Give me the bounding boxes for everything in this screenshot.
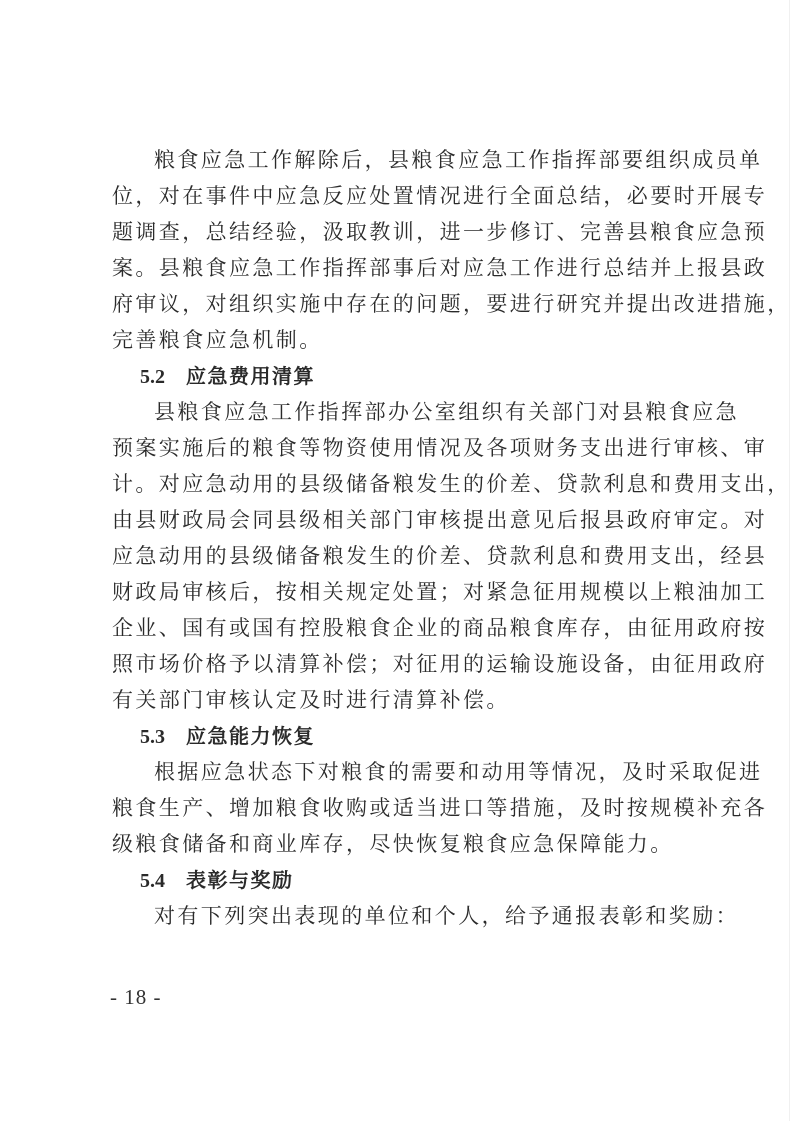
section-number: 5.2: [140, 359, 186, 395]
text-line: 应急动用的县级储备粮发生的价差、贷款利息和费用支出，经县: [112, 538, 698, 574]
document-page: 粮食应急工作解除后，县粮食应急工作指挥部要组织成员单 位，对在事件中应急反应处置…: [0, 0, 793, 1121]
text-line: 府审议，对组织实施中存在的问题，要进行研究并提出改进措施，: [112, 286, 698, 322]
text-line: 企业、国有或国有控股粮食企业的商品粮食库存，由征用政府按: [112, 610, 698, 646]
section-title: 应急能力恢复: [186, 724, 315, 748]
text-line: 根据应急状态下对粮食的需要和动用等情况，及时采取促进: [112, 754, 698, 790]
text-line: 案。县粮食应急工作指挥部事后对应急工作进行总结并上报县政: [112, 250, 698, 286]
section-heading-5-3: 5.3应急能力恢复: [112, 718, 698, 754]
section-number: 5.4: [140, 863, 186, 899]
page-body: 粮食应急工作解除后，县粮食应急工作指挥部要组织成员单 位，对在事件中应急反应处置…: [112, 142, 698, 934]
text-line: 财政局审核后，按相关规定处置；对紧急征用规模以上粮油加工: [112, 574, 698, 610]
paragraph-commendation: 对有下列突出表现的单位和个人，给予通报表彰和奖励：: [112, 898, 698, 934]
text-line: 由县财政局会同县级相关部门审核提出意见后报县政府审定。对: [112, 502, 698, 538]
page-number: - 18 -: [110, 985, 162, 1010]
text-line: 县粮食应急工作指挥部办公室组织有关部门对县粮食应急: [112, 394, 698, 430]
text-line: 完善粮食应急机制。: [112, 322, 698, 358]
paragraph-capacity-recovery: 根据应急状态下对粮食的需要和动用等情况，及时采取促进 粮食生产、增加粮食收购或适…: [112, 754, 698, 862]
text-line: 有关部门审核认定及时进行清算补偿。: [112, 682, 698, 718]
text-line: 位，对在事件中应急反应处置情况进行全面总结，必要时开展专: [112, 178, 698, 214]
section-number: 5.3: [140, 719, 186, 755]
paragraph-expense-settlement: 县粮食应急工作指挥部办公室组织有关部门对县粮食应急 预案实施后的粮食等物资使用情…: [112, 394, 698, 718]
paragraph-aftermath-summary: 粮食应急工作解除后，县粮食应急工作指挥部要组织成员单 位，对在事件中应急反应处置…: [112, 142, 698, 358]
text-line: 对有下列突出表现的单位和个人，给予通报表彰和奖励：: [112, 898, 698, 934]
section-heading-5-2: 5.2应急费用清算: [112, 358, 698, 394]
text-line: 粮食生产、增加粮食收购或适当进口等措施，及时按规模补充各: [112, 790, 698, 826]
section-title: 应急费用清算: [186, 364, 315, 388]
text-line: 照市场价格予以清算补偿；对征用的运输设施设备，由征用政府: [112, 646, 698, 682]
text-line: 级粮食储备和商业库存，尽快恢复粮食应急保障能力。: [112, 826, 698, 862]
section-title: 表彰与奖励: [186, 868, 294, 892]
scan-edge-line: [789, 0, 790, 1121]
section-heading-5-4: 5.4表彰与奖励: [112, 862, 698, 898]
text-line: 粮食应急工作解除后，县粮食应急工作指挥部要组织成员单: [112, 142, 698, 178]
text-line: 预案实施后的粮食等物资使用情况及各项财务支出进行审核、审: [112, 430, 698, 466]
text-line: 题调查，总结经验，汲取教训，进一步修订、完善县粮食应急预: [112, 214, 698, 250]
text-line: 计。对应急动用的县级储备粮发生的价差、贷款利息和费用支出，: [112, 466, 698, 502]
